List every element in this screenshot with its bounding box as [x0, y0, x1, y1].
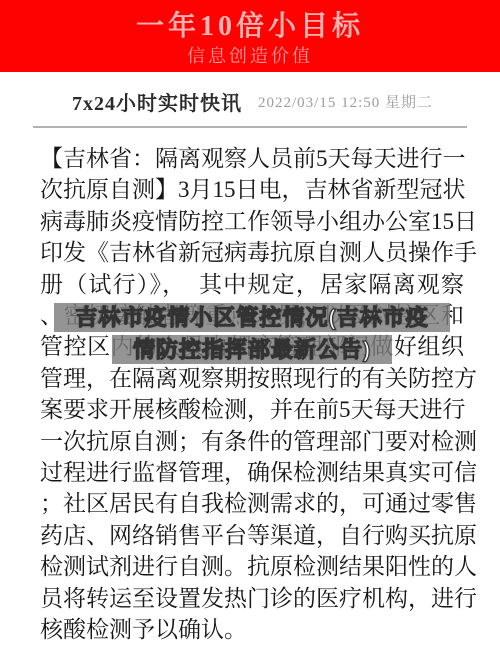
article-line: 药店、网络销售平台等渠道，自行购买抗原: [40, 520, 464, 551]
article-line: 核酸检测予以确认。: [40, 614, 464, 645]
article-line: 、密切接触者等重点人员，以及封控区和: [40, 300, 464, 331]
article-line: ；社区居民有自我检测需求的，可通过零售: [40, 488, 464, 519]
article-line: 检测试剂进行自测。抗原检测结果阳性的人: [40, 551, 464, 582]
banner-subtitle: 信息创造价值: [0, 45, 500, 68]
article-line: 案要求开展核酸检测，并在前5天每天进行: [40, 394, 464, 425]
header-banner: 一年10倍小目标 信息创造价值: [0, 0, 500, 72]
article-line: 员将转运至设置发热门诊的医疗机构，进行: [40, 583, 464, 614]
article-line: 【吉林省：隔离观察人员前5天每天进行一: [40, 143, 464, 174]
article-line: 一次抗原自测；有条件的管理部门要对检测: [40, 426, 464, 457]
article-line: 过程进行监督管理，确保检测结果真实可信: [40, 457, 464, 488]
article-line: 印发《吉林省新冠病毒抗原自测人员操作手: [40, 237, 464, 268]
article-line: 次抗原自测】3月15日电，吉林省新型冠状: [40, 174, 464, 205]
banner-title: 一年10倍小目标: [0, 9, 500, 45]
article-body: 【吉林省：隔离观察人员前5天每天进行一 次抗原自测】3月15日电，吉林省新型冠状…: [0, 128, 500, 646]
ticker-bar: 7x24小时实时快讯 2022/03/15 12:50 星期二: [0, 72, 500, 126]
article-line: 管控区内的人员由相应管理部门做好组织: [40, 331, 464, 362]
article-line: 册（试行）》， 其中规定，居家隔离观察: [40, 269, 464, 300]
article-line: 管理，在隔离观察期按照现行的有关防控方: [40, 363, 464, 394]
article-line: 病毒肺炎疫情防控工作领导小组办公室15日: [40, 206, 464, 237]
ticker-timestamp: 2022/03/15 12:50 星期二: [258, 91, 433, 112]
ticker-label: 7x24小时实时快讯: [72, 87, 242, 116]
